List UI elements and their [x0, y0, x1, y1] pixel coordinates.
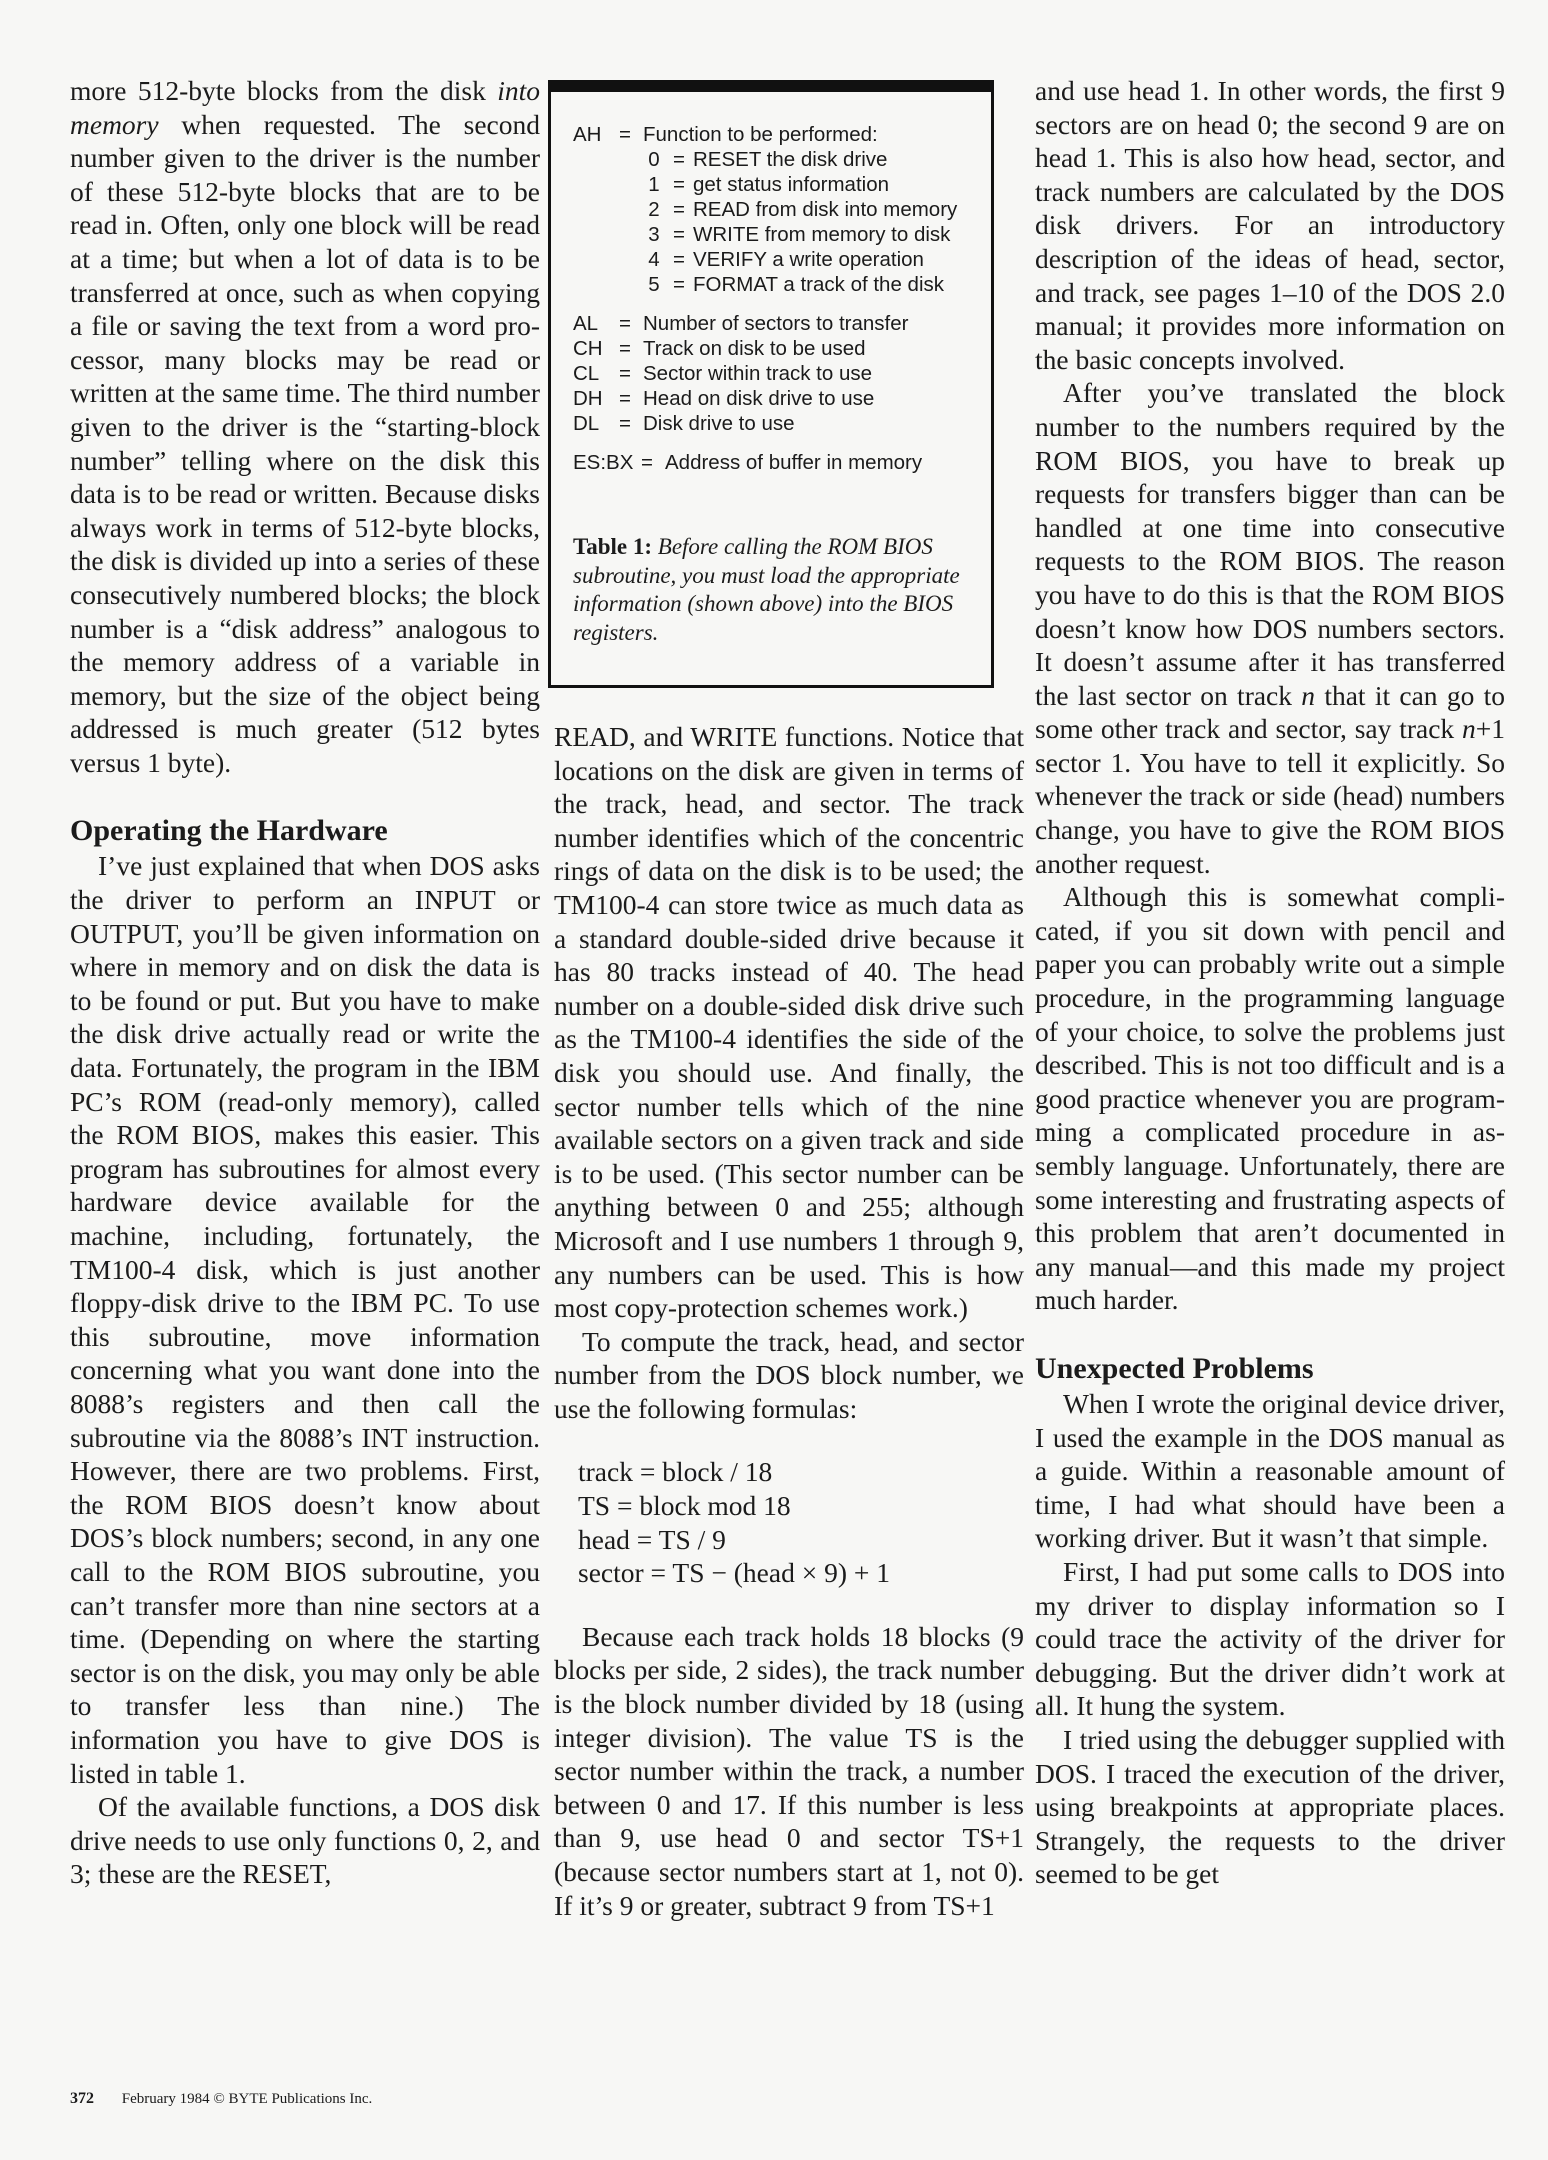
register-desc: Function to be performed:: [643, 122, 878, 147]
register-desc: Address of buffer in memory: [665, 450, 922, 475]
paragraph: more 512-byte blocks from the disk into …: [70, 74, 540, 779]
paragraph: Of the available functions, a DOS disk d…: [70, 1790, 540, 1891]
paragraph: Because each track holds 18 blocks (9 bl…: [554, 1620, 1024, 1922]
register-key: DL: [573, 411, 619, 436]
text: After you’ve translated the block number…: [1035, 377, 1505, 710]
equals-sign: =: [619, 311, 643, 336]
function-num: 1: [643, 172, 665, 197]
register-key: DH: [573, 386, 619, 411]
function-num: 3: [643, 222, 665, 247]
paragraph: First, I had put some calls to DOS into …: [1035, 1555, 1505, 1723]
function-row: 5=FORMAT a track of the disk: [643, 272, 971, 297]
paragraph: I tried using the debugger supplied with…: [1035, 1723, 1505, 1891]
register-desc: Disk drive to use: [643, 411, 795, 436]
register-row-esbx: ES:BX=Address of buffer in memory: [573, 450, 971, 475]
function-list: 0=RESET the disk drive 1=get status info…: [573, 147, 971, 297]
variable-n: n: [1301, 680, 1315, 711]
function-num: 5: [643, 272, 665, 297]
equals-sign: =: [619, 361, 643, 386]
function-num: 0: [643, 147, 665, 172]
register-key: AL: [573, 311, 619, 336]
function-row: 2=READ from disk into memory: [643, 197, 971, 222]
register-desc: Track on disk to be used: [643, 336, 866, 361]
column-2: READ, and WRITE functions. Notice that l…: [554, 720, 1024, 1922]
register-row: AL=Number of sectors to transfer: [573, 311, 971, 336]
function-num: 2: [643, 197, 665, 222]
function-row: 1=get status information: [643, 172, 971, 197]
table-1-box: AH = Function to be performed: 0=RESET t…: [548, 80, 994, 688]
function-row: 0=RESET the disk drive: [643, 147, 971, 172]
function-desc: FORMAT a track of the disk: [693, 273, 944, 296]
formula: TS = block mod 18: [578, 1489, 1024, 1523]
register-row-ah: AH = Function to be performed:: [573, 122, 971, 147]
formula: sector = TS − (head × 9) + 1: [578, 1556, 1024, 1590]
function-desc: WRITE from memory to disk: [693, 223, 950, 246]
register-desc: Head on disk drive to use: [643, 386, 874, 411]
table-caption: Table 1: Before calling the ROM BIOS sub…: [573, 533, 971, 647]
text: more 512-byte blocks from the disk: [70, 75, 497, 106]
formula: head = TS / 9: [578, 1523, 1024, 1557]
register-key: AH: [573, 122, 619, 147]
variable-n: n: [1462, 713, 1476, 744]
equals-sign: =: [619, 386, 643, 411]
paragraph: After you’ve translated the block number…: [1035, 376, 1505, 880]
equals-sign: =: [665, 222, 693, 247]
section-heading: Unexpected Problems: [1035, 1351, 1505, 1387]
publication-credit: February 1984 © BYTE Publications Inc.: [122, 2091, 373, 2107]
column-3: and use head 1. In other words, the firs…: [1035, 74, 1505, 1891]
register-desc: Number of sectors to transfer: [643, 311, 908, 336]
paragraph: READ, and WRITE functions. Notice that l…: [554, 720, 1024, 1325]
equals-sign: =: [665, 272, 693, 297]
equals-sign: =: [665, 197, 693, 222]
page-number: 372: [70, 2090, 94, 2107]
text: when requested. The second number given …: [70, 109, 540, 778]
register-row: CH=Track on disk to be used: [573, 336, 971, 361]
equals-sign: =: [665, 172, 693, 197]
page-footer: 372 February 1984 © BYTE Publications In…: [70, 2090, 372, 2108]
paragraph: To compute the track, head, and sector n…: [554, 1325, 1024, 1426]
formula: track = block / 18: [578, 1455, 1024, 1489]
paragraph: Although this is somewhat compli­cated, …: [1035, 880, 1505, 1317]
column-1: more 512-byte blocks from the disk into …: [70, 74, 540, 1891]
equals-sign: =: [665, 147, 693, 172]
function-desc: READ from disk into memory: [693, 198, 957, 221]
formula-block: track = block / 18 TS = block mod 18 hea…: [578, 1455, 1024, 1589]
equals-sign: =: [665, 247, 693, 272]
function-desc: RESET the disk drive: [693, 148, 887, 171]
function-row: 3=WRITE from memory to disk: [643, 222, 971, 247]
register-table: AH = Function to be performed: 0=RESET t…: [573, 122, 971, 475]
register-key: CL: [573, 361, 619, 386]
function-desc: get status information: [693, 173, 889, 196]
register-desc: Sector within track to use: [643, 361, 872, 386]
function-row: 4=VERIFY a write operation: [643, 247, 971, 272]
equals-sign: =: [619, 411, 643, 436]
paragraph: and use head 1. In other words, the firs…: [1035, 74, 1505, 376]
register-key: ES:BX: [573, 450, 641, 475]
function-desc: VERIFY a write operation: [693, 248, 924, 271]
equals-sign: =: [619, 122, 643, 147]
equals-sign: =: [641, 450, 665, 475]
equals-sign: =: [619, 336, 643, 361]
function-num: 4: [643, 247, 665, 272]
paragraph: When I wrote the original device driver,…: [1035, 1387, 1505, 1555]
register-row: CL=Sector within track to use: [573, 361, 971, 386]
section-heading: Operating the Hardware: [70, 813, 540, 849]
register-row: DH=Head on disk drive to use: [573, 386, 971, 411]
register-row: DL=Disk drive to use: [573, 411, 971, 436]
register-key: CH: [573, 336, 619, 361]
paragraph: I’ve just explained that when DOS asks t…: [70, 849, 540, 1790]
caption-label: Table 1:: [573, 534, 652, 559]
